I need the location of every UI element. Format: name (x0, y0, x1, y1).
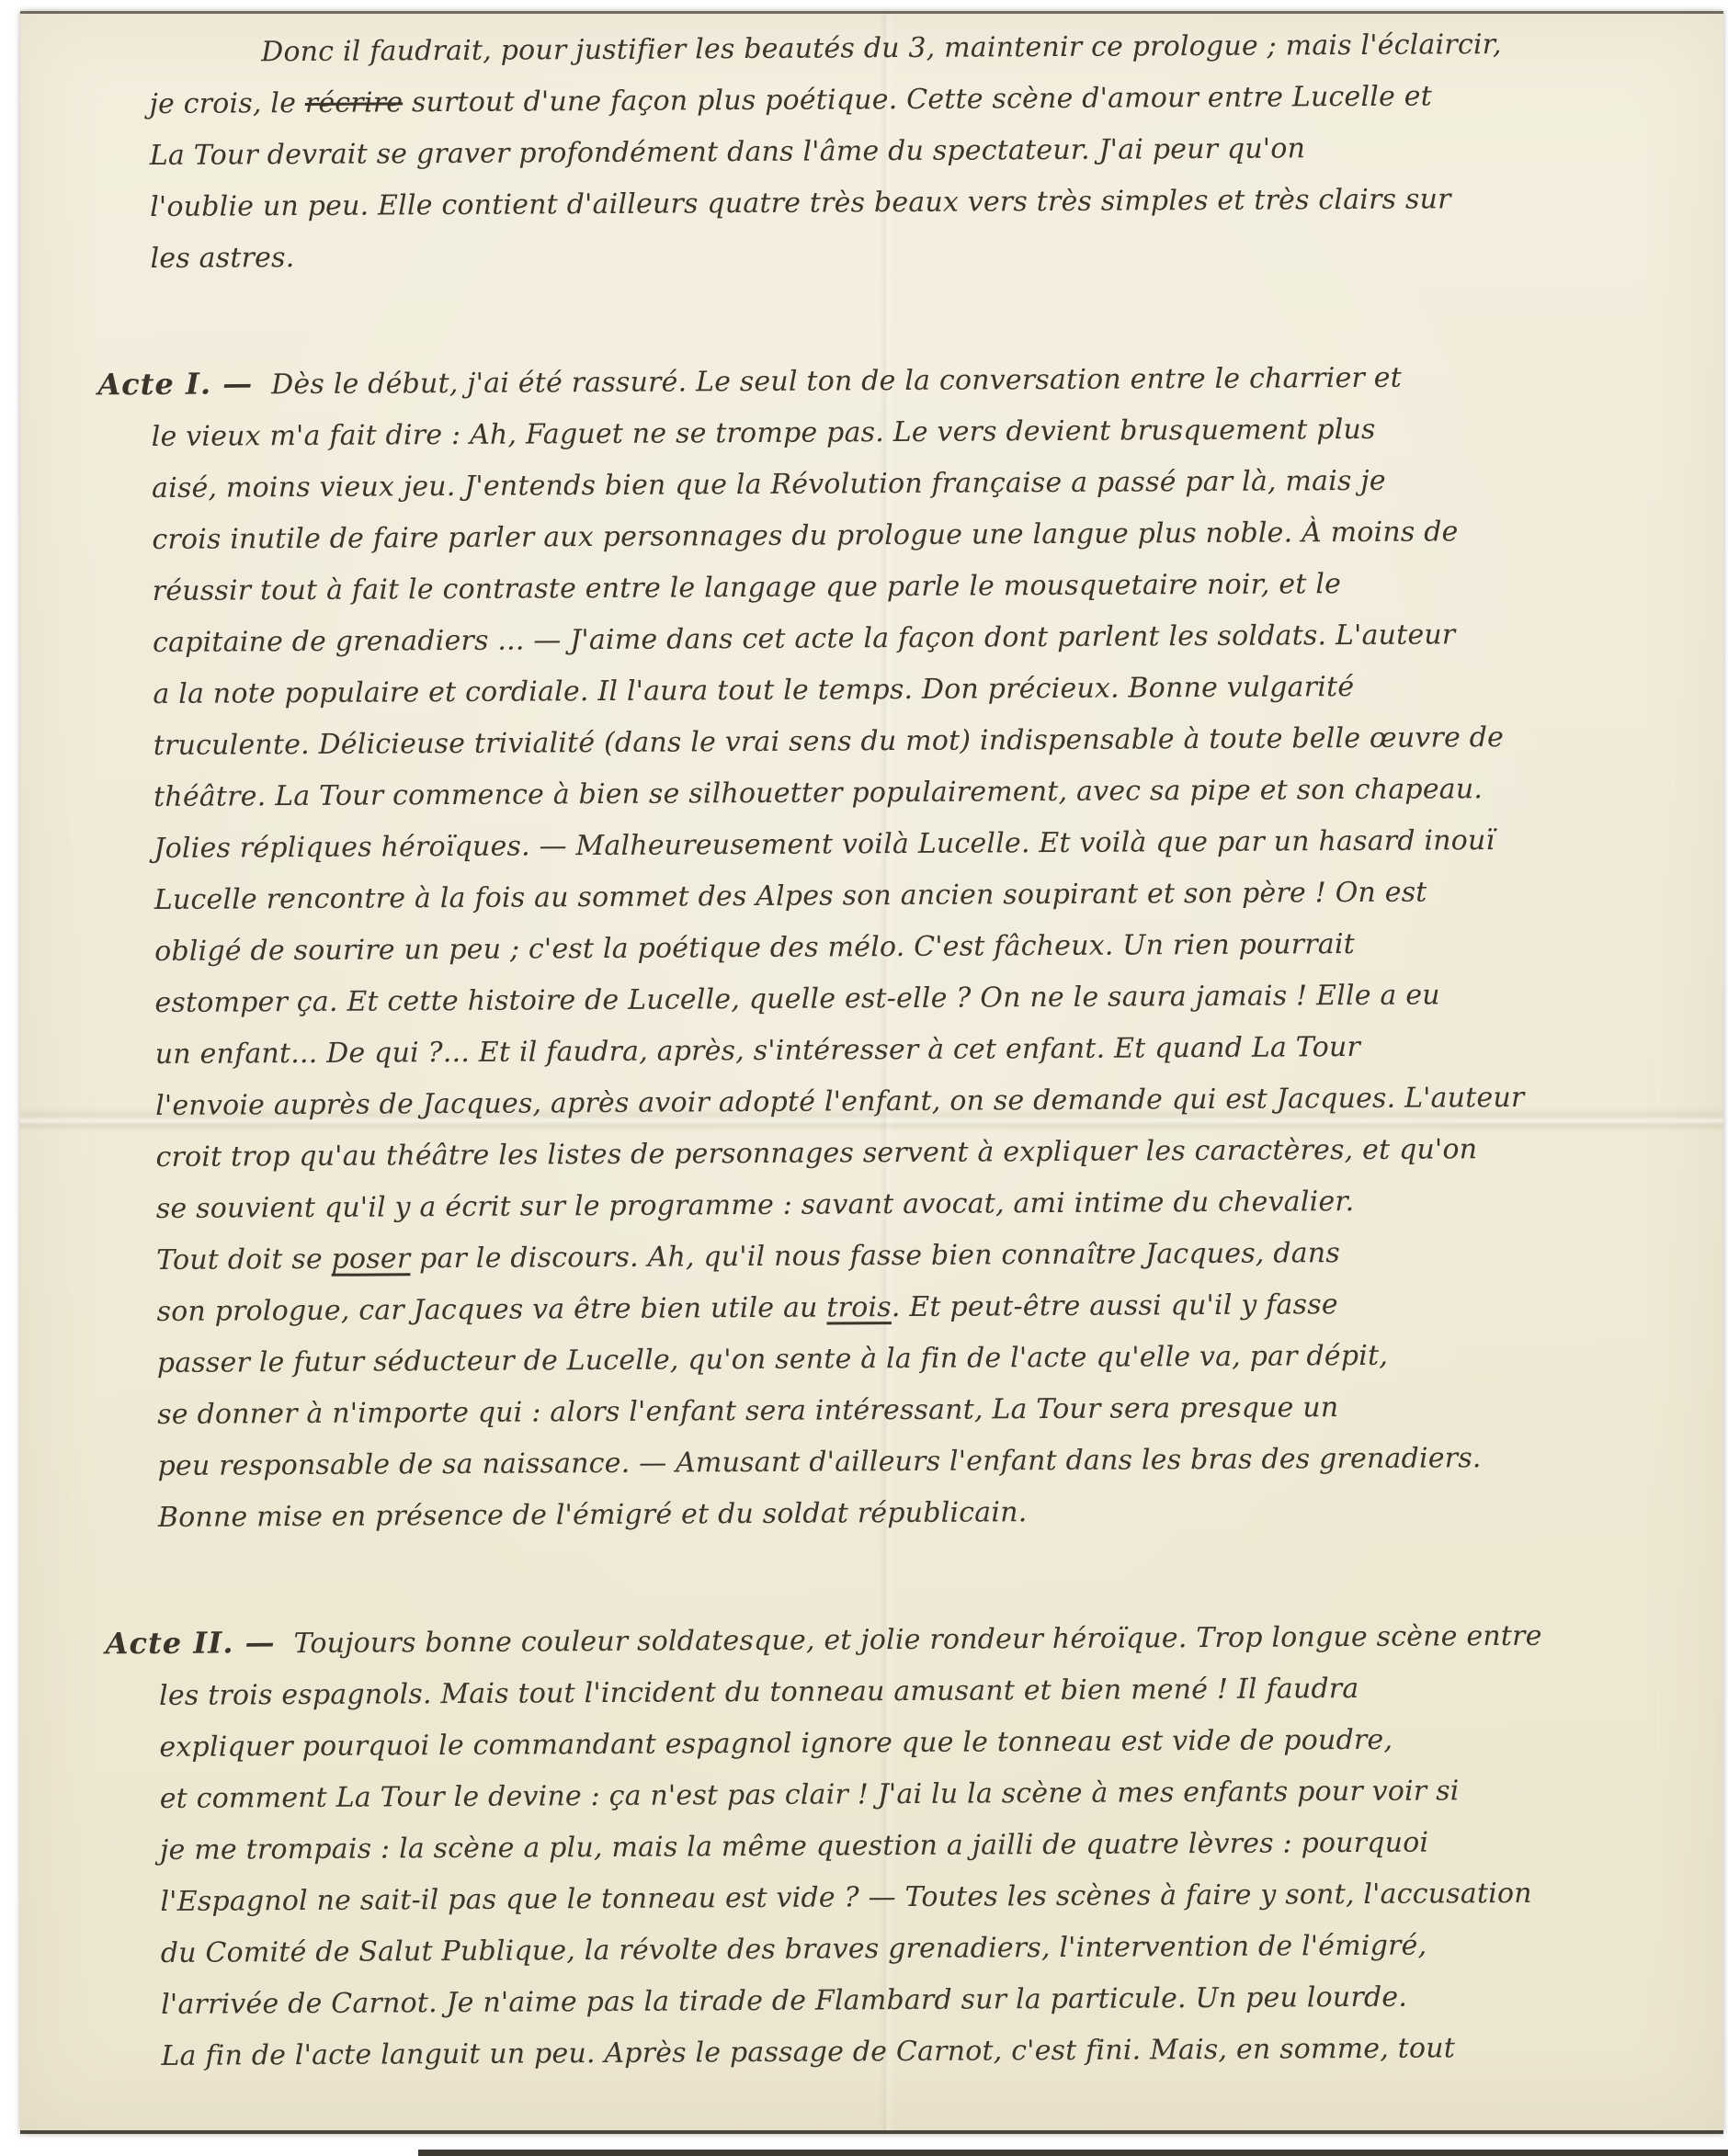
manuscript-line: a la note populaire et cordiale. Il l'au… (153, 660, 1689, 721)
manuscript-text: Donc il faudrait, pour justifier les bea… (149, 18, 1699, 2082)
acte-1-paragraph: Acte I. —Dès le début, j'ai été rassuré.… (151, 349, 1695, 1544)
manuscript-line: peu responsable de sa naissance. — Amusa… (157, 1432, 1694, 1492)
manuscript-line: obligé de sourire un peu ; c'est la poét… (154, 917, 1691, 978)
manuscript-line: Bonne mise en présence de l'émigré et du… (158, 1483, 1695, 1544)
manuscript-line: je crois, le récrire surtout d'une façon… (149, 70, 1686, 130)
manuscript-line: truculente. Délicieuse trivialité (dans … (153, 711, 1690, 772)
manuscript-line: se donner à n'importe qui : alors l'enfa… (157, 1380, 1694, 1441)
manuscript-line: l'envoie auprès de Jacques, après avoir … (155, 1072, 1692, 1132)
manuscript-line: les trois espagnols. Mais tout l'inciden… (159, 1662, 1696, 1722)
manuscript-line: La fin de l'acte languit un peu. Après l… (161, 2022, 1698, 2082)
manuscript-line: expliquer pourquoi le commandant espagno… (159, 1713, 1696, 1774)
manuscript-line: l'Espagnol ne sait-il pas que le tonneau… (160, 1867, 1697, 1928)
manuscript-line: Jolies répliques héroïques. — Malheureus… (153, 814, 1690, 875)
manuscript-line: les astres. (150, 224, 1687, 285)
under-sheet-edge (418, 2150, 1728, 2156)
manuscript-line-text: Dès le début, j'ai été rassuré. Le seul … (271, 362, 1402, 402)
manuscript-line: passer le futur séducteur de Lucelle, qu… (157, 1329, 1694, 1390)
manuscript-line: réussir tout à fait le contraste entre l… (153, 557, 1689, 618)
manuscript-line: Lucelle rencontre à la fois au sommet de… (154, 866, 1691, 926)
manuscript-line: un enfant... De qui ?... Et il faudra, a… (155, 1020, 1692, 1081)
manuscript-line: je me trompais : la scène a plu, mais la… (160, 1816, 1697, 1877)
manuscript-line: l'oublie un peu. Elle contient d'ailleur… (150, 173, 1687, 233)
manuscript-line: et comment La Tour le devine : ça n'est … (160, 1765, 1697, 1825)
manuscript-line: croit trop qu'au théâtre les listes de p… (155, 1123, 1692, 1184)
manuscript-line: se souvient qu'il y a écrit sur le progr… (156, 1174, 1693, 1235)
manuscript-line: crois inutile de faire parler aux person… (152, 505, 1688, 566)
manuscript-line: Donc il faudrait, pour justifier les bea… (149, 18, 1686, 79)
manuscript-line: Acte II. —Toujours bonne couleur soldate… (106, 1608, 1696, 1672)
intro-paragraph: Donc il faudrait, pour justifier les bea… (149, 18, 1688, 285)
manuscript-line: son prologue, car Jacques va être bien u… (156, 1277, 1693, 1338)
manuscript-line: Tout doit se poser par le discours. Ah, … (156, 1226, 1693, 1287)
manuscript-line-text: Toujours bonne couleur soldatesque, et j… (293, 1620, 1541, 1660)
manuscript-line: Acte I. —Dès le début, j'ai été rassuré.… (97, 349, 1688, 413)
manuscript-line: estomper ça. Et cette histoire de Lucell… (154, 969, 1691, 1029)
manuscript-line: le vieux m'a fait dire : Ah, Faguet ne s… (152, 403, 1688, 463)
act-2-heading: Acte II. — (106, 1625, 276, 1661)
act-1-heading: Acte I. — (97, 366, 253, 402)
acte-2-paragraph: Acte II. —Toujours bonne couleur soldate… (159, 1608, 1699, 2082)
manuscript-line: aisé, moins vieux jeu. J'entends bien qu… (152, 454, 1688, 515)
manuscript-line: l'arrivée de Carnot. Je n'aime pas la ti… (161, 1970, 1698, 2031)
manuscript-line: La Tour devrait se graver profondément d… (150, 121, 1687, 182)
manuscript-line: du Comité de Salut Publique, la révolte … (161, 1919, 1698, 1980)
letter-page: Donc il faudrait, pour justifier les bea… (0, 0, 1728, 2156)
manuscript-line: théâtre. La Tour commence à bien se silh… (153, 763, 1690, 823)
manuscript-line: capitaine de grenadiers ... — J'aime dan… (153, 608, 1689, 669)
